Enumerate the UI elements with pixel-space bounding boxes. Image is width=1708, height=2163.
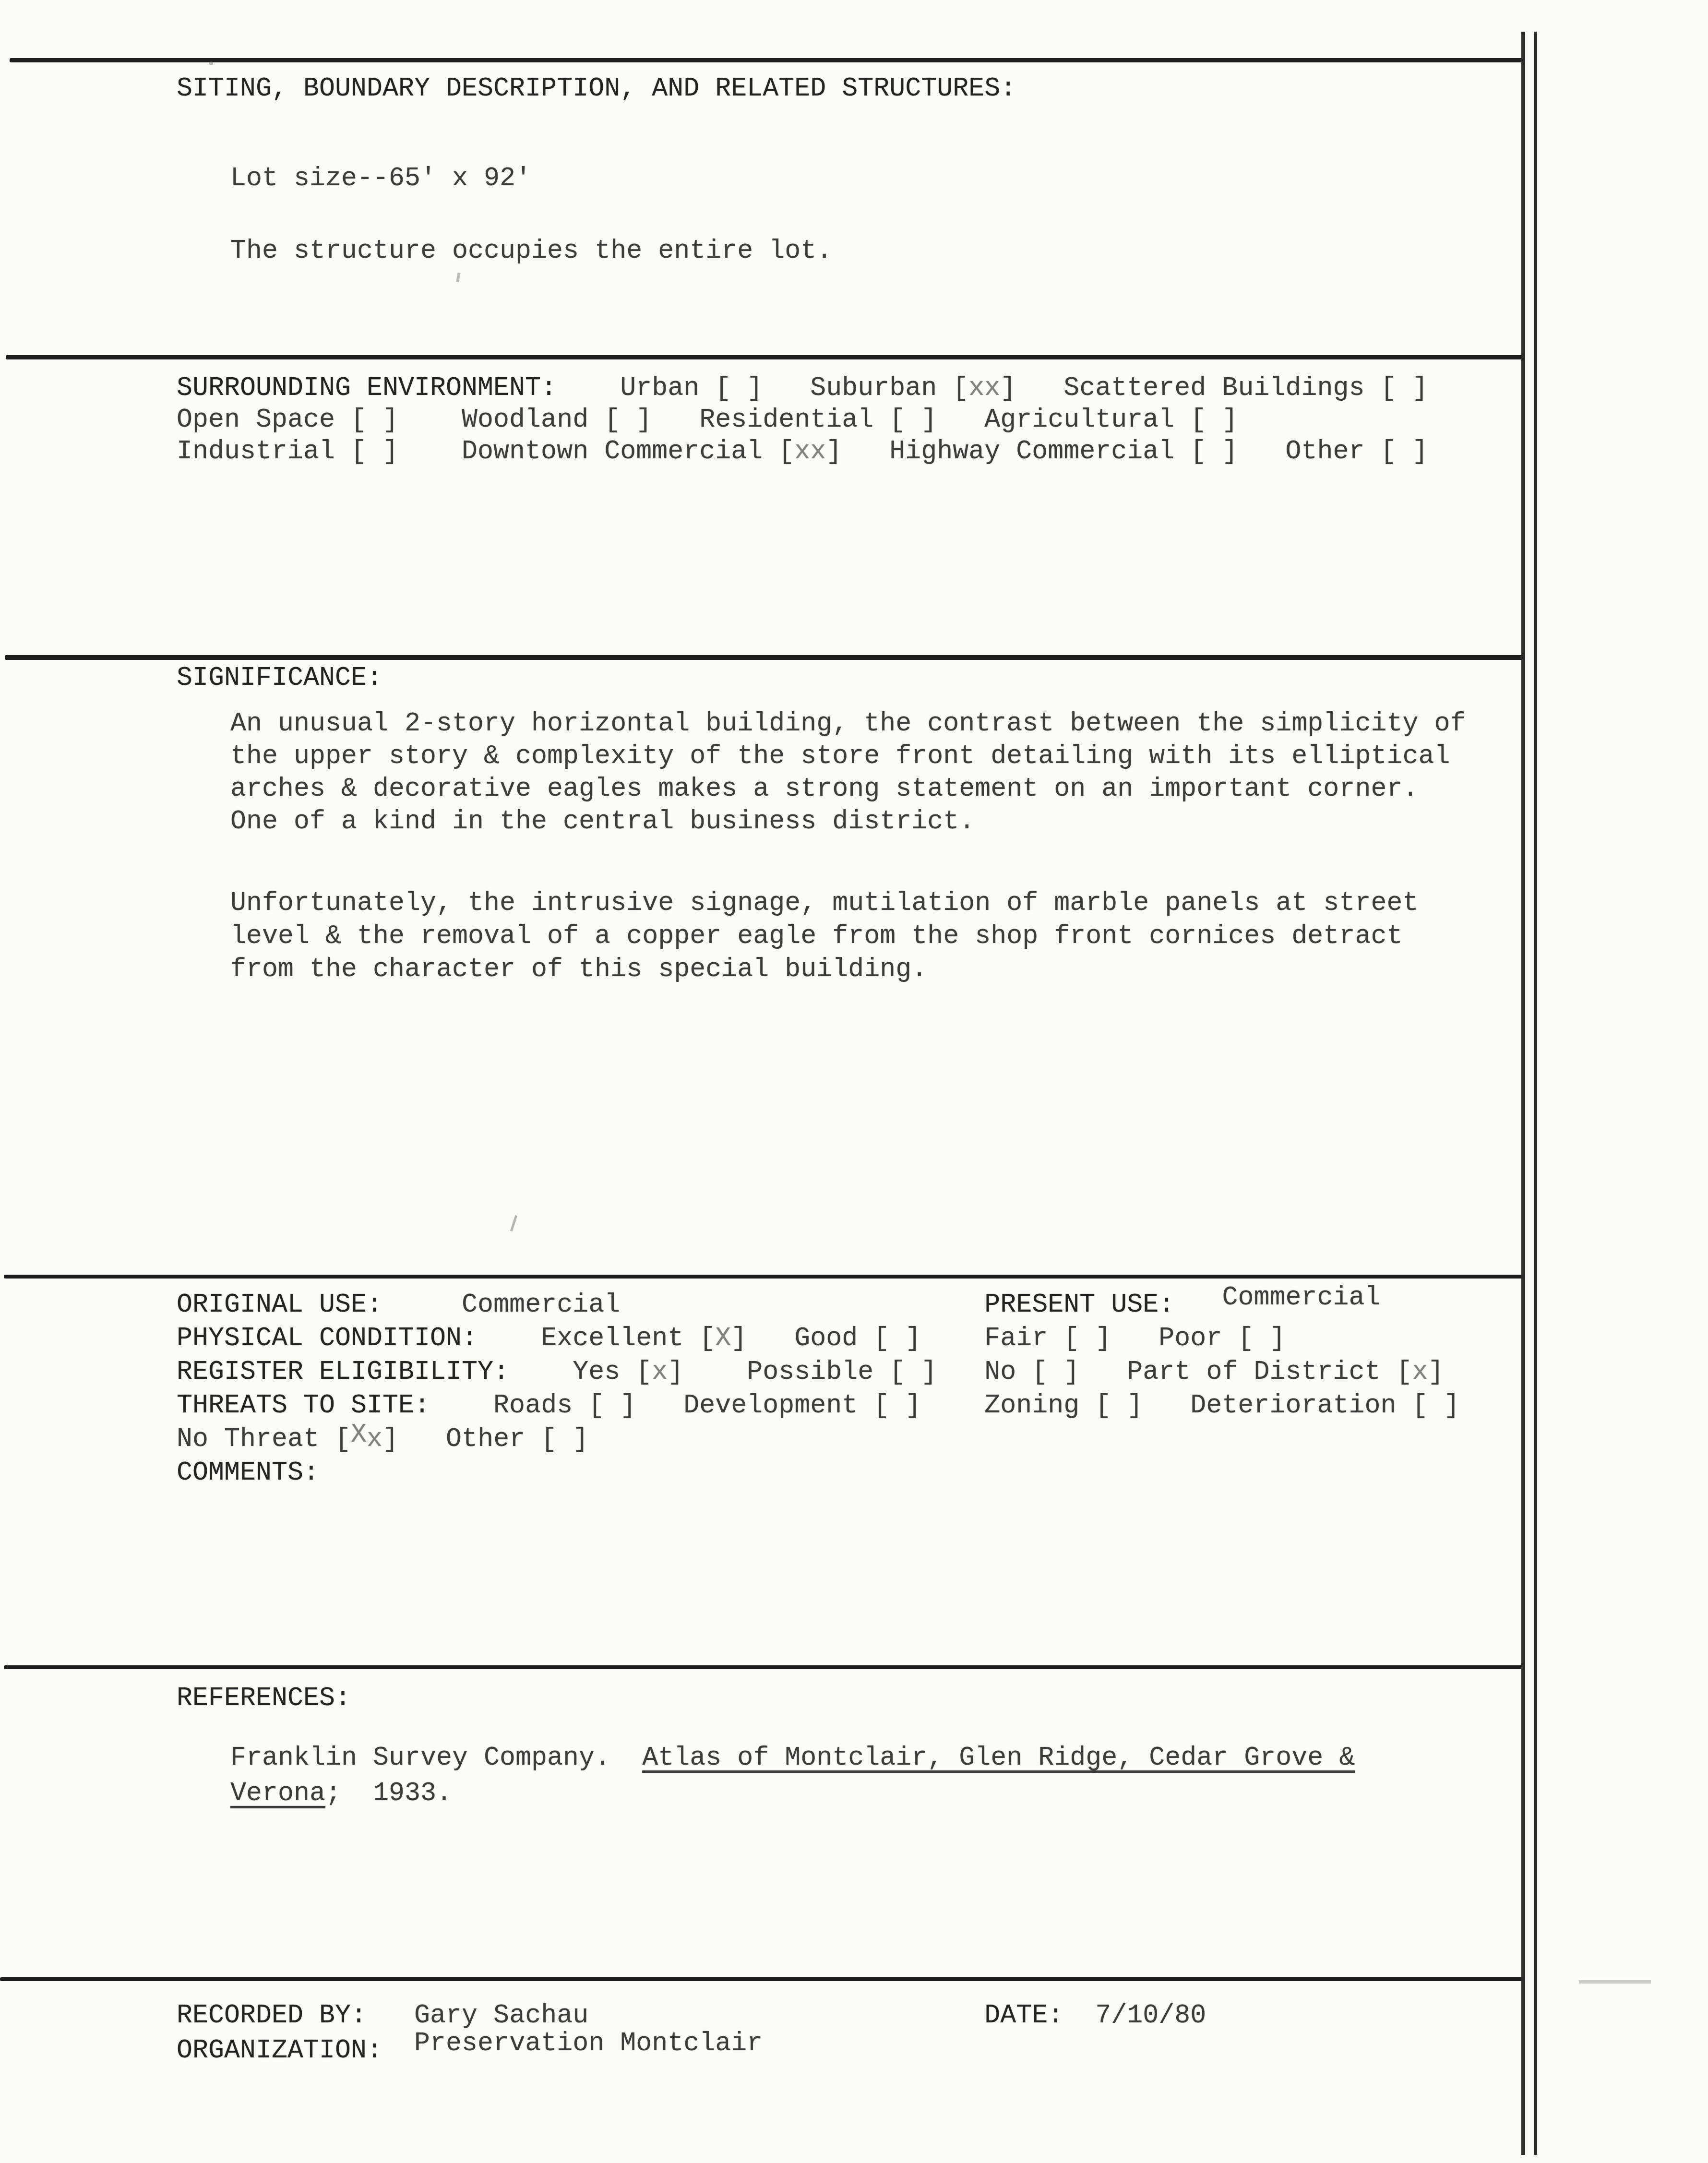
- checkbox-mark: x: [652, 1357, 668, 1387]
- field-label: THREATS TO SITE:: [177, 1390, 430, 1421]
- text-segment: Franklin Survey Company.: [230, 1743, 642, 1773]
- text-segment: No Threat [: [177, 1424, 351, 1454]
- text-segment: ]: [1428, 1357, 1444, 1387]
- references-heading: REFERENCES:: [177, 1682, 351, 1715]
- text-segment: the upper story & complexity of the stor…: [230, 741, 1450, 771]
- text-segment: An unusual 2-story horizontal building, …: [230, 708, 1466, 739]
- surrounding-environment-section: SURROUNDING ENVIRONMENT: Urban [ ] Subur…: [177, 372, 1428, 467]
- checkbox-mark: X: [715, 1323, 731, 1353]
- text-segment: ] Good [ ] Fair [ ] Poor [ ]: [731, 1323, 1285, 1353]
- horizontal-rule-footer: [0, 1977, 1524, 1981]
- text-segment: Open Space [ ] Woodland [ ] Residential …: [177, 405, 1238, 435]
- use-and-condition-section: ORIGINAL USE: Commercial PRESENT USE: Co…: [177, 1288, 1459, 1490]
- scan-speck: [1579, 1980, 1651, 1984]
- scan-speck: [456, 273, 460, 283]
- text-line: Verona; 1933.: [230, 1776, 1355, 1811]
- horizontal-rule-surrounding: [6, 355, 1523, 359]
- text-segment: One of a kind in the central business di…: [230, 806, 975, 837]
- checkbox-mark: x: [1412, 1357, 1428, 1387]
- significance-paragraph-2: Unfortunately, the intrusive signage, mu…: [230, 886, 1418, 986]
- scan-speck: [209, 61, 213, 65]
- text-line: Franklin Survey Company. Atlas of Montcl…: [230, 1740, 1355, 1776]
- underlined-title: Atlas of Montclair, Glen Ridge, Cedar Gr…: [642, 1743, 1355, 1773]
- field-label: ORGANIZATION:: [177, 2035, 382, 2066]
- checkbox-mark: X: [351, 1418, 367, 1452]
- text-segment: Industrial [ ] Downtown Commercial [: [177, 436, 794, 466]
- lot-size-line: Lot size--65' x 92': [230, 162, 531, 195]
- page-edge-line-outer: [1534, 32, 1537, 2155]
- field-label: RECORDED BY:: [177, 2000, 367, 2031]
- text-line: REGISTER ELIGIBILITY: Yes [x] Possible […: [177, 1355, 1459, 1389]
- text-line: An unusual 2-story horizontal building, …: [230, 707, 1466, 740]
- text-line: Open Space [ ] Woodland [ ] Residential …: [177, 404, 1428, 436]
- field-label: SURROUNDING ENVIRONMENT:: [177, 373, 557, 403]
- checkbox-mark: x: [367, 1424, 382, 1454]
- section-title-siting: SITING, BOUNDARY DESCRIPTION, AND RELATE…: [177, 72, 1016, 106]
- text-segment: Commercial: [382, 1290, 620, 1320]
- horizontal-rule-use: [4, 1275, 1523, 1279]
- text-segment: Urban [ ] Suburban [: [557, 373, 968, 403]
- checkbox-mark: xx: [968, 373, 1000, 403]
- text-segment: ] Other [ ]: [382, 1424, 588, 1454]
- page-edge-line-inner: [1521, 32, 1525, 2155]
- text-line: arches & decorative eagles makes a stron…: [230, 773, 1466, 805]
- field-label: PRESENT USE:: [984, 1290, 1174, 1320]
- text-line: level & the removal of a copper eagle fr…: [230, 920, 1418, 953]
- field-label: DATE:: [984, 2000, 1063, 2031]
- horizontal-rule-significance: [5, 655, 1523, 660]
- text-segment: Roads [ ] Development [ ] Zoning [ ] Det…: [430, 1390, 1459, 1421]
- references-citation: Franklin Survey Company. Atlas of Montcl…: [230, 1740, 1355, 1811]
- recorded-by-section: RECORDED BY: Gary Sachau DATE: 7/10/80OR…: [177, 1998, 1206, 2068]
- checkbox-mark: xx: [794, 436, 826, 466]
- text-segment: ] Highway Commercial [ ] Other [ ]: [826, 436, 1428, 466]
- horizontal-rule-top: [10, 58, 1524, 62]
- text-line: the upper story & complexity of the stor…: [230, 740, 1466, 773]
- text-segment: ; 1933.: [325, 1778, 452, 1808]
- text-segment: Preservation Montclair: [414, 2026, 763, 2061]
- text-segment: Yes [: [509, 1357, 652, 1387]
- text-segment: ] Possible [ ] No [ ] Part of District [: [668, 1357, 1412, 1387]
- text-segment: arches & decorative eagles makes a stron…: [230, 774, 1418, 804]
- scan-speck: [510, 1215, 517, 1231]
- text-line: SURROUNDING ENVIRONMENT: Urban [ ] Subur…: [177, 372, 1428, 404]
- text-segment: 7/10/80: [1063, 2000, 1206, 2031]
- significance-heading: SIGNIFICANCE:: [177, 661, 382, 695]
- text-line: ORIGINAL USE: Commercial PRESENT USE: Co…: [177, 1288, 1459, 1322]
- survey-form-page: SITING, BOUNDARY DESCRIPTION, AND RELATE…: [0, 0, 1708, 2163]
- text-line: COMMENTS:: [177, 1456, 1459, 1490]
- field-label: ORIGINAL USE:: [177, 1290, 382, 1320]
- text-segment: [382, 2035, 414, 2066]
- text-line: ORGANIZATION: Preservation Montclair: [177, 2033, 1206, 2068]
- text-line: Unfortunately, the intrusive signage, mu…: [230, 886, 1418, 920]
- text-segment: from the character of this special build…: [230, 954, 927, 984]
- text-segment: [620, 1290, 984, 1320]
- text-segment: level & the removal of a copper eagle fr…: [230, 921, 1402, 951]
- underlined-title: Verona: [230, 1778, 325, 1808]
- field-label: REGISTER ELIGIBILITY:: [177, 1357, 509, 1387]
- text-segment: Excellent [: [478, 1323, 715, 1353]
- field-label: PHYSICAL CONDITION:: [177, 1323, 478, 1353]
- text-segment: [1174, 1290, 1222, 1320]
- text-line: PHYSICAL CONDITION: Excellent [X] Good […: [177, 1322, 1459, 1355]
- horizontal-rule-references: [4, 1665, 1523, 1669]
- field-label: COMMENTS:: [177, 1458, 319, 1488]
- text-line: No Threat [Xx] Other [ ]: [177, 1422, 1459, 1456]
- text-line: from the character of this special build…: [230, 953, 1418, 986]
- text-segment: Commercial: [1222, 1281, 1380, 1315]
- text-line: THREATS TO SITE: Roads [ ] Development […: [177, 1389, 1459, 1422]
- text-segment: ] Scattered Buildings [ ]: [1000, 373, 1428, 403]
- text-segment: Unfortunately, the intrusive signage, mu…: [230, 888, 1418, 918]
- structure-note-line: The structure occupies the entire lot.: [230, 234, 832, 268]
- significance-paragraph-1: An unusual 2-story horizontal building, …: [230, 707, 1466, 838]
- text-line: One of a kind in the central business di…: [230, 805, 1466, 838]
- text-line: Industrial [ ] Downtown Commercial [xx] …: [177, 436, 1428, 467]
